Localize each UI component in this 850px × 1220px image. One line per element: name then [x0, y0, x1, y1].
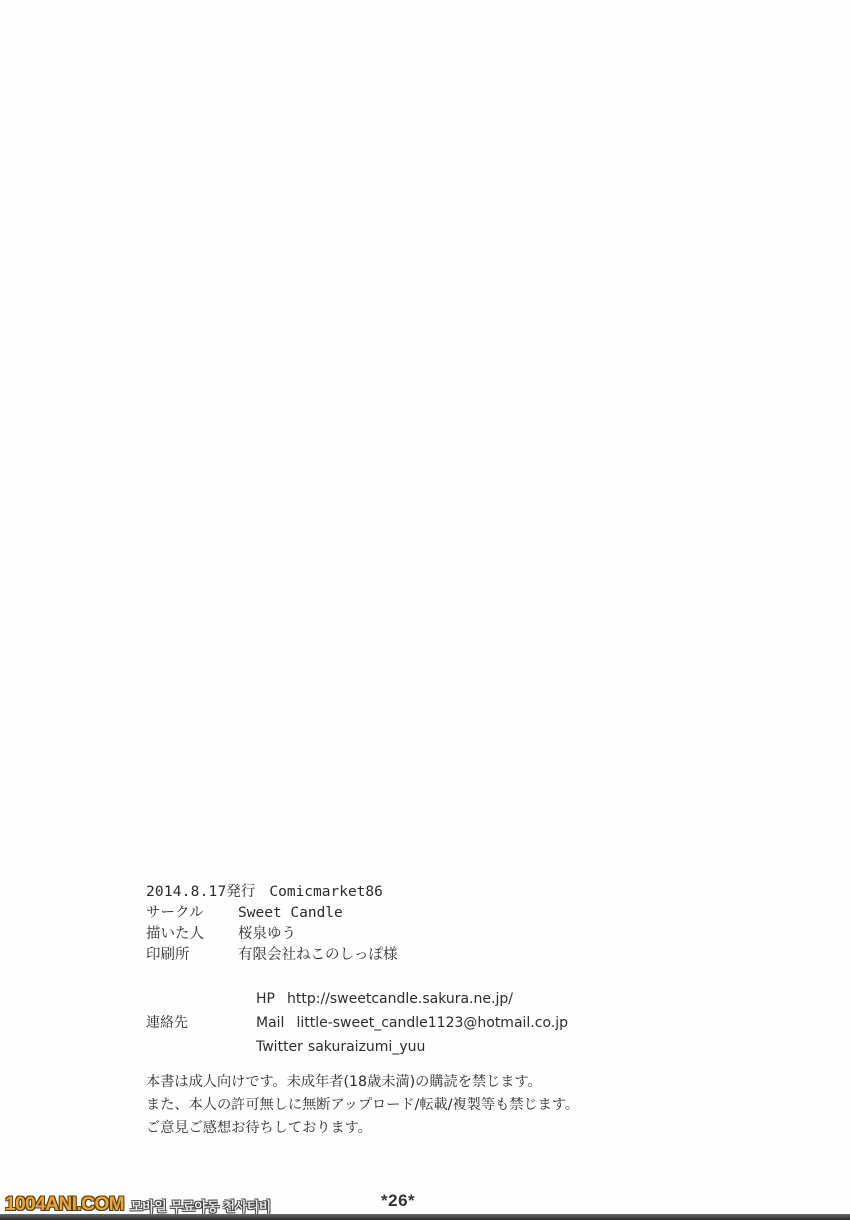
page-number: *26*	[381, 1191, 415, 1211]
mail-key: Mail	[256, 1011, 284, 1035]
circle-row: サークル Sweet Candle	[146, 903, 398, 924]
artist-label: 描いた人	[146, 924, 238, 945]
hp-link[interactable]: http://sweetcandle.sakura.ne.jp/	[287, 991, 513, 1007]
contact-label: 連絡先	[146, 1012, 188, 1032]
contact-mail: Maillittle-sweet_candle1123@hotmail.co.j…	[256, 1011, 568, 1035]
hp-key: HP	[256, 987, 275, 1011]
notice-line-copyright: また、本人の許可無しに無断アップロード/転載/複製等も禁じます。	[146, 1094, 579, 1117]
contact-twitter: Twittersakuraizumi_yuu	[256, 1035, 568, 1059]
circle-value: Sweet Candle	[238, 903, 343, 924]
twitter-handle: sakuraizumi_yuu	[308, 1039, 425, 1055]
printer-label: 印刷所	[146, 945, 238, 966]
artist-row: 描いた人 桜泉ゆう	[146, 924, 398, 945]
publication-date: 2014.8.17	[146, 882, 226, 903]
contact-lines: HPhttp://sweetcandle.sakura.ne.jp/ Maill…	[256, 987, 568, 1059]
watermark-logo: 1004ANI.COM	[5, 1194, 124, 1216]
artist-value: 桜泉ゆう	[238, 924, 296, 945]
twitter-key: Twitter	[256, 1035, 303, 1059]
notice-line-adult: 本書は成人向けです。未成年者(18歳未満)の購読を禁じます。	[146, 1071, 579, 1094]
notice-line-feedback: ご意見ご感想お待ちしております。	[146, 1117, 579, 1140]
contact-hp: HPhttp://sweetcandle.sakura.ne.jp/	[256, 987, 568, 1011]
colophon: 2014.8.17 発行 Comicmarket86 サークル Sweet Ca…	[146, 882, 398, 966]
publication-date-suffix: 発行	[226, 882, 255, 903]
watermark-tagline: 모바일 무료야동 천사티비	[130, 1196, 271, 1215]
bottom-bar	[0, 1214, 850, 1220]
publication-date-row: 2014.8.17 発行 Comicmarket86	[146, 882, 398, 903]
notice-block: 本書は成人向けです。未成年者(18歳未満)の購読を禁じます。 また、本人の許可無…	[146, 1071, 579, 1140]
mail-link[interactable]: little-sweet_candle1123@hotmail.co.jp	[296, 1015, 568, 1031]
printer-row: 印刷所 有限会社ねこのしっぽ様	[146, 945, 398, 966]
event-name: Comicmarket86	[269, 882, 383, 903]
watermark: 1004ANI.COM 모바일 무료야동 천사티비	[5, 1194, 271, 1216]
printer-value: 有限会社ねこのしっぽ様	[238, 945, 398, 966]
circle-label: サークル	[146, 903, 238, 924]
